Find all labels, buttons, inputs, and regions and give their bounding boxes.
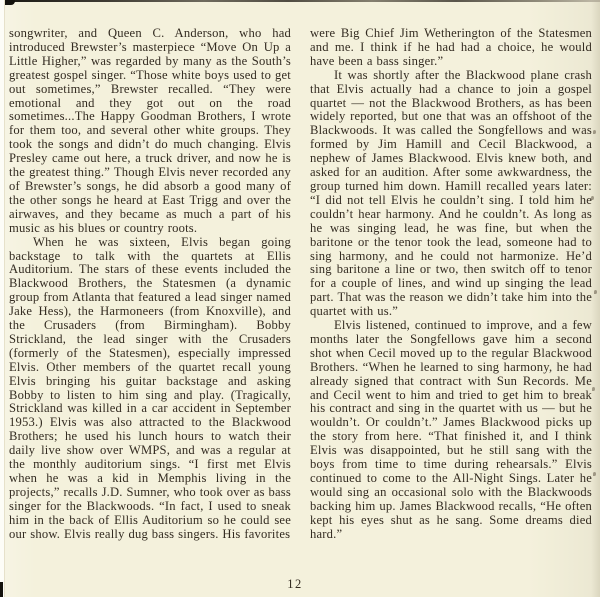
paragraph: were Big Chief Jim Wetherington of the S…	[310, 27, 592, 69]
scan-speck	[593, 472, 596, 476]
paragraph: Elvis listened, continued to improve, an…	[310, 319, 592, 542]
scan-edge-top	[0, 0, 600, 2]
book-page: songwriter, and Queen C. Anderson, who h…	[0, 0, 600, 597]
scan-edge-right	[591, 0, 600, 597]
scan-speck	[594, 290, 597, 294]
paragraph: When he was sixteen, Elvis began going b…	[9, 236, 291, 542]
right-column: were Big Chief Jim Wetherington of the S…	[310, 27, 592, 542]
paragraph: songwriter, and Queen C. Anderson, who h…	[9, 27, 291, 236]
scan-edge-left	[0, 0, 5, 597]
paragraph: It was shortly after the Blackwood plane…	[310, 69, 592, 319]
scan-speck	[593, 130, 596, 134]
left-column: songwriter, and Queen C. Anderson, who h…	[9, 27, 291, 542]
text-columns: songwriter, and Queen C. Anderson, who h…	[9, 27, 592, 542]
scan-speck	[592, 387, 595, 391]
page-number: 12	[0, 577, 590, 592]
